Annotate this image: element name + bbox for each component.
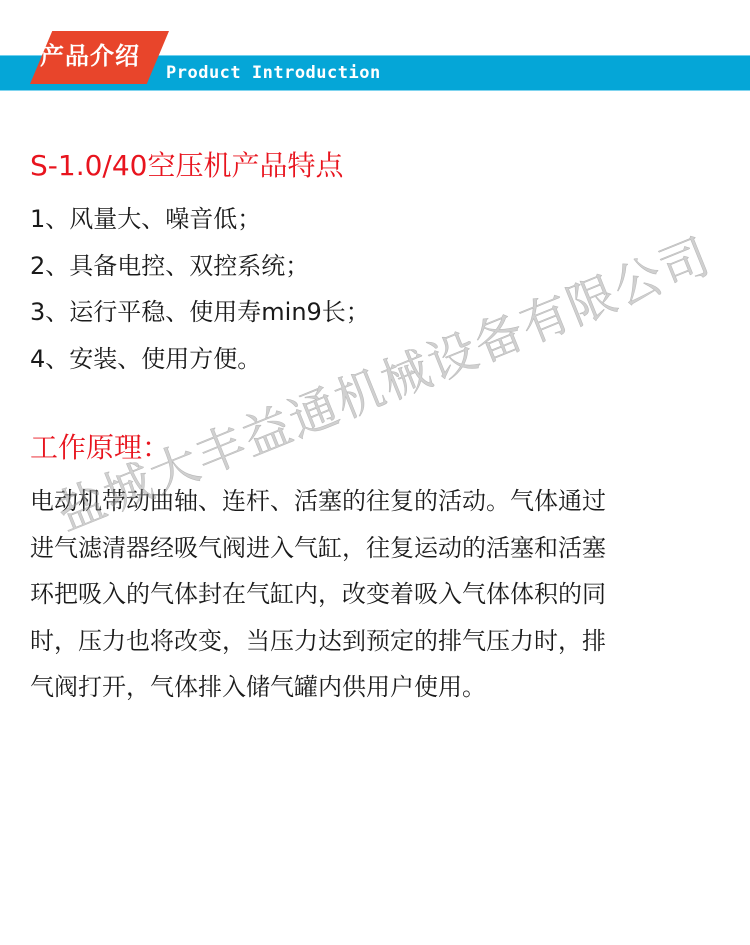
header-subtitle: Product Introduction (166, 58, 381, 88)
feature-item: 4、安装、使用方便。 (30, 336, 370, 383)
feature-item: 1、风量大、噪音低； (30, 196, 370, 243)
principle-body: 电动机带动曲轴、连杆、活塞的往复的活动。气体通过 进气滤清器经吸气阀进入气缸，往… (30, 478, 730, 711)
principle-line: 气阀打开，气体排入储气罐内供用户使用。 (30, 664, 730, 711)
principle-line: 电动机带动曲轴、连杆、活塞的往复的活动。气体通过 (30, 478, 730, 525)
header-tag-label: 产品介绍 (40, 38, 160, 74)
principle-line: 时，压力也将改变，当压力达到预定的排气压力时，排 (30, 618, 730, 665)
section-header: 产品介绍 Product Introduction (0, 0, 750, 100)
principle-title: 工作原理： (30, 428, 170, 468)
features-title: S-1.0/40空压机产品特点 (30, 146, 343, 186)
principle-line: 环把吸入的气体封在气缸内，改变着吸入气体体积的同 (30, 571, 730, 618)
feature-item: 2、具备电控、双控系统； (30, 243, 370, 290)
feature-item: 3、运行平稳、使用寿min9长； (30, 289, 370, 336)
principle-line: 进气滤清器经吸气阀进入气缸，往复运动的活塞和活塞 (30, 525, 730, 572)
feature-list: 1、风量大、噪音低； 2、具备电控、双控系统； 3、运行平稳、使用寿min9长；… (30, 196, 370, 382)
